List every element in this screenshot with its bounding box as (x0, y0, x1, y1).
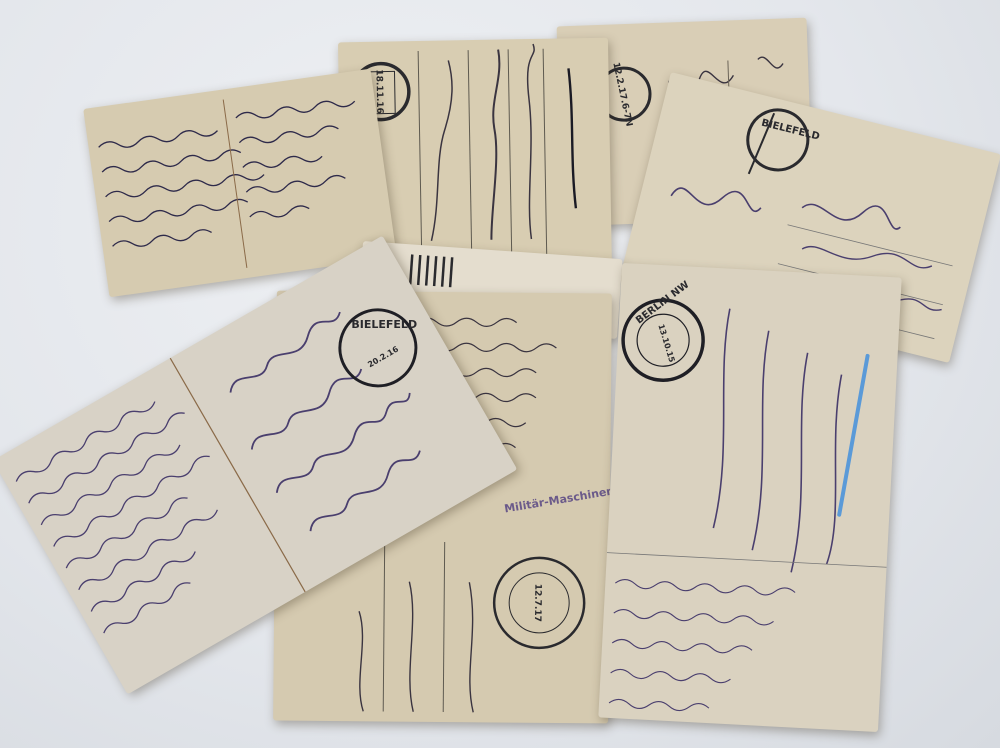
postmark-bielefeld-front: BIELEFELD (351, 318, 417, 331)
postmark-berlin-date: 13.10.15 (656, 323, 676, 364)
postcard-right-berlin: BERLIN NW 13.10.15 (598, 263, 901, 732)
postmark-bielefeld-date: 20.2.16 (366, 344, 400, 369)
postmark-bielefeld-label: BIELEFELD (760, 118, 821, 143)
postmark-berlin-label: BERLIN NW (634, 279, 691, 326)
image-caption: Stack of antique German field post postc… (0, 0, 1, 1)
postmark-date: 12.7.17 (532, 584, 542, 622)
photo-scene: Stack of antique German field post postc… (0, 0, 1000, 748)
unit-stamp-text: Militär-Maschinen-Gewehr (503, 476, 612, 516)
